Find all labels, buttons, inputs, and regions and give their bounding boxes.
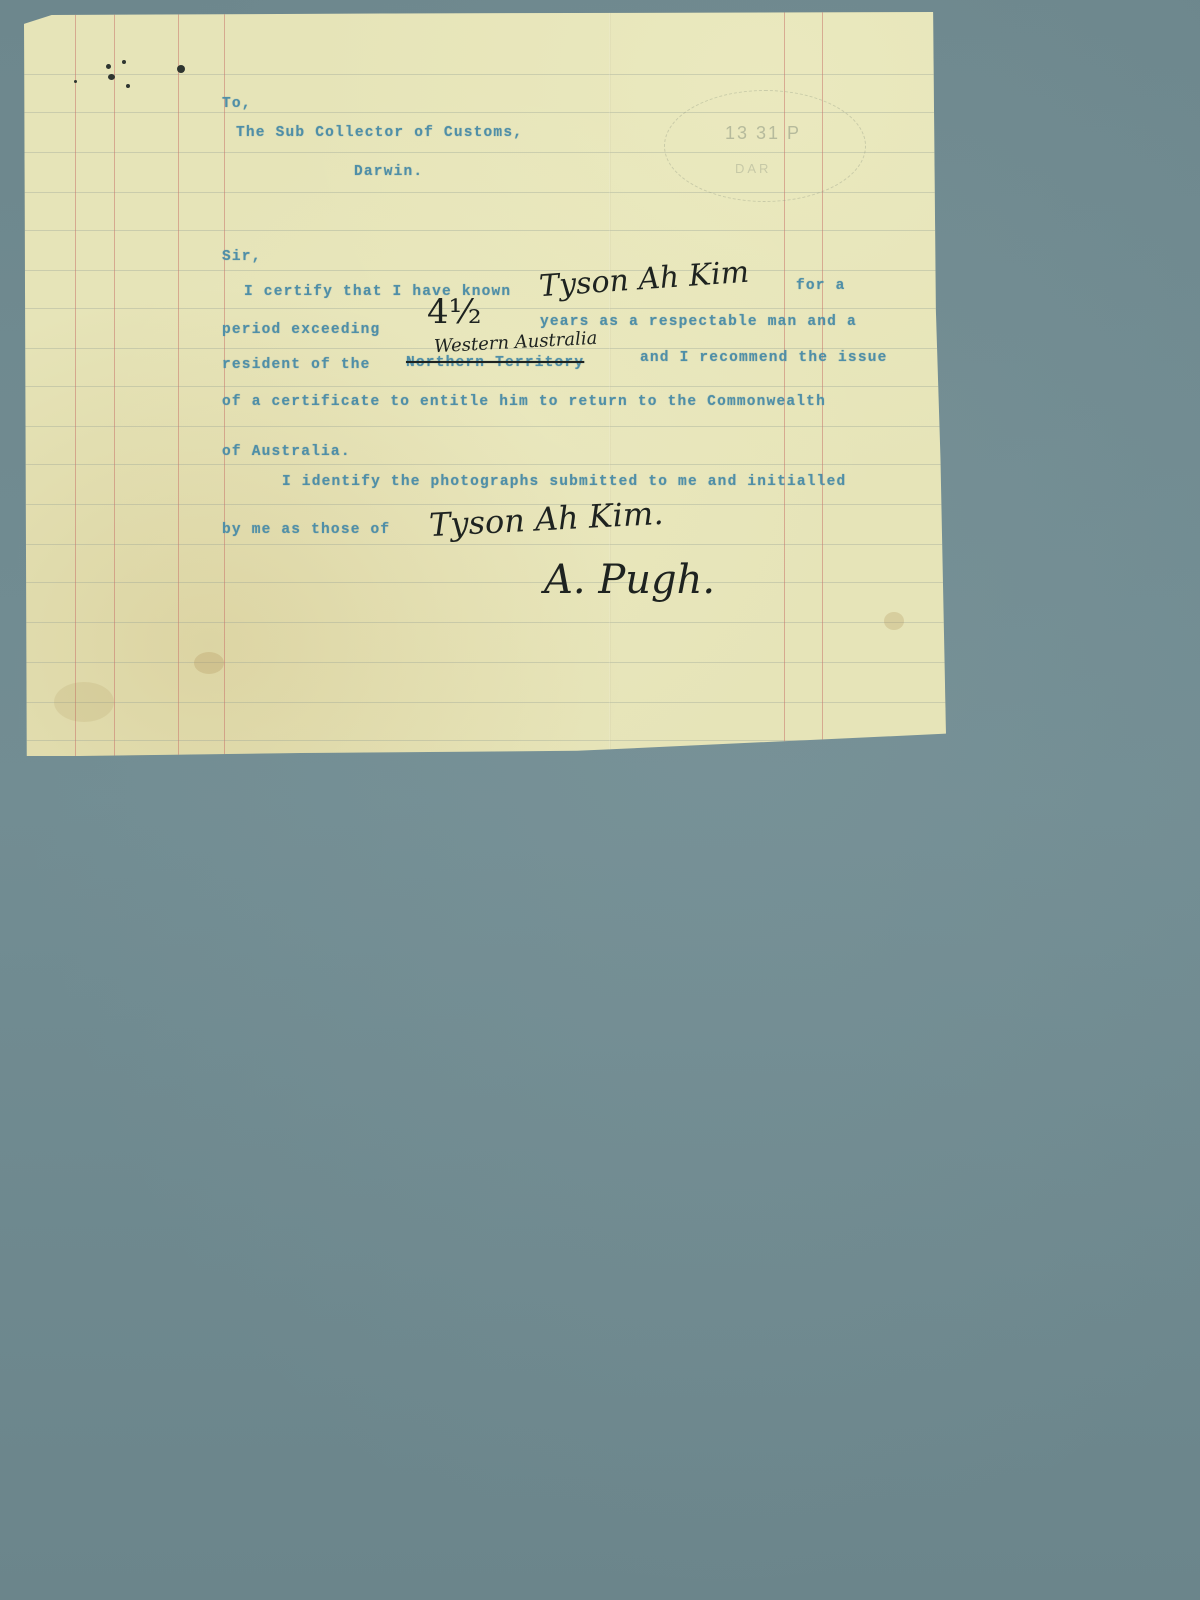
punch-hole [108,74,115,80]
body-line-5: of Australia. [222,444,351,460]
body-line-7: by me as those of [222,522,390,538]
document-page: 13 31 P DAR To, The Sub Collector of Cus… [24,12,946,756]
body-line-3-end: and I recommend the issue [640,350,888,366]
handwritten-name: Tyson Ah Kim [538,255,750,305]
margin-rule [178,12,179,756]
greeting: Sir, [222,249,262,265]
body-line-4: of a certificate to entitle him to retur… [222,394,826,410]
punch-hole [122,60,126,64]
ruled-line [24,464,946,465]
punch-hole [74,80,77,83]
handwritten-insertion: Western Australia [434,328,598,358]
ruled-line [24,230,946,231]
ruled-line [24,74,946,75]
body-line-1-end: for a [796,278,846,294]
margin-rule [224,12,225,756]
stamp-place: DAR [735,161,771,176]
punch-hole [126,84,130,88]
recipient-line: The Sub Collector of Customs, [236,125,523,141]
paper-stain [884,612,904,630]
ruled-line [24,308,946,309]
paper-stain [54,682,114,722]
stamp-date: 13 31 P [725,123,801,144]
signature: A. Pugh. [544,557,715,603]
ruled-line [24,740,946,741]
ruled-line [24,270,946,271]
struck-out-text: Northern Territory [406,355,584,371]
ruled-line [24,582,946,583]
handwritten-years: 4½ [427,292,482,332]
ruled-line [24,544,946,545]
margin-rule [75,12,76,756]
ruled-line [24,622,946,623]
margin-rule [114,12,115,756]
ruled-line [24,662,946,663]
salutation-to: To, [222,96,252,112]
body-line-6: I identify the photographs submitted to … [282,474,846,490]
ruled-line [24,426,946,427]
recipient-place: Darwin. [354,164,423,180]
body-line-2-start: period exceeding [222,322,380,338]
ruled-line [24,702,946,703]
paper-fold [609,12,611,756]
punch-hole [106,64,111,69]
received-date-stamp: 13 31 P DAR [664,90,866,202]
ruled-line [24,386,946,387]
body-line-3-start: resident of the [222,357,371,373]
punch-hole [177,65,185,73]
handwritten-name-2: Tyson Ah Kim. [428,494,664,544]
paper-stain [194,652,224,674]
